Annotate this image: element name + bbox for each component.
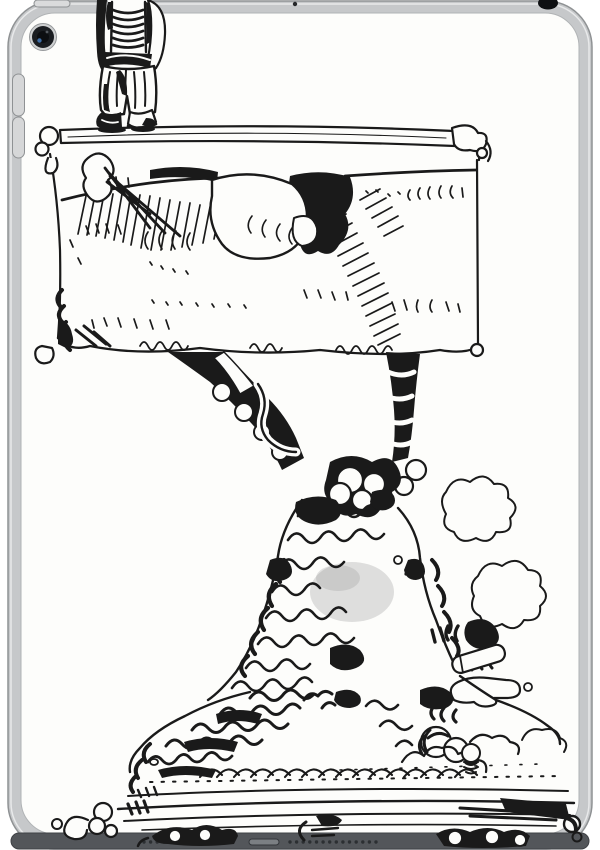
speaker-hole <box>315 840 318 843</box>
speaker-hole <box>374 840 377 843</box>
power-button <box>34 0 70 7</box>
dock-connector-port <box>249 839 279 845</box>
volume-down-button <box>13 117 25 158</box>
volume-up-button <box>13 74 25 116</box>
speaker-hole <box>321 840 324 843</box>
speaker-hole <box>288 840 291 843</box>
speaker-hole <box>308 840 311 843</box>
speaker-hole <box>295 840 298 843</box>
camera-lens <box>30 24 57 51</box>
speaker-hole <box>348 840 351 843</box>
speaker-hole <box>361 840 364 843</box>
microphone-hole <box>293 2 297 6</box>
tablet-skin-product-image <box>0 0 600 850</box>
speaker-hole <box>335 840 338 843</box>
speaker-hole <box>149 840 152 843</box>
speaker-hole <box>355 840 358 843</box>
speaker-hole <box>328 840 331 843</box>
speaker-hole <box>341 840 344 843</box>
speaker-hole <box>368 840 371 843</box>
